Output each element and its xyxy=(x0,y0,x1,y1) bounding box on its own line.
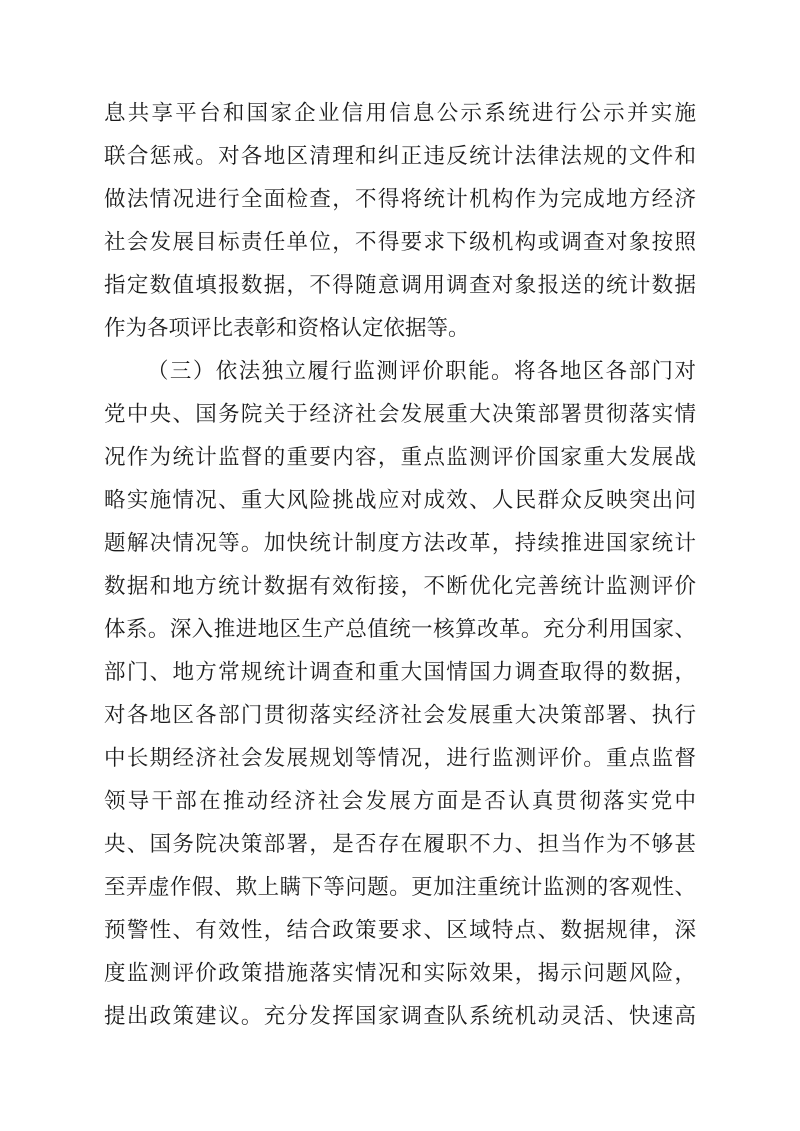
text-line: 数据和地方统计数据有效衔接，不断优化完善统计监测评价 xyxy=(104,565,696,608)
text-line: 提出政策建议。充分发挥国家调查队系统机动灵活、快速高 xyxy=(104,995,696,1038)
paragraph-continuation: 息共享平台和国家企业信用信息公示系统进行公示并实施联合惩戒。对各地区清理和纠正违… xyxy=(104,92,696,350)
text-line: 央、国务院决策部署，是否存在履职不力、担当作为不够甚 xyxy=(104,823,696,866)
text-line: 息共享平台和国家企业信用信息公示系统进行公示并实施 xyxy=(104,92,696,135)
paragraph-item-three: （三）依法独立履行监测评价职能。将各地区各部门对党中央、国务院关于经济社会发展重… xyxy=(104,350,696,1038)
text-line: 作为各项评比表彰和资格认定依据等。 xyxy=(104,307,696,350)
text-line: 度监测评价政策措施落实情况和实际效果，揭示问题风险， xyxy=(104,952,696,995)
text-line: 指定数值填报数据，不得随意调用调查对象报送的统计数据 xyxy=(104,264,696,307)
text-line: 预警性、有效性，结合政策要求、区域特点、数据规律，深 xyxy=(104,909,696,952)
text-line: 题解决情况等。加快统计制度方法改革，持续推进国家统计 xyxy=(104,522,696,565)
document-page: 息共享平台和国家企业信用信息公示系统进行公示并实施联合惩戒。对各地区清理和纠正违… xyxy=(0,0,800,1131)
document-body: 息共享平台和国家企业信用信息公示系统进行公示并实施联合惩戒。对各地区清理和纠正违… xyxy=(104,92,696,1038)
text-line: 领导干部在推动经济社会发展方面是否认真贯彻落实党中 xyxy=(104,780,696,823)
text-line: （三）依法独立履行监测评价职能。将各地区各部门对 xyxy=(104,350,696,393)
text-line: 做法情况进行全面检查，不得将统计机构作为完成地方经济 xyxy=(104,178,696,221)
text-line: 中长期经济社会发展规划等情况，进行监测评价。重点监督 xyxy=(104,737,696,780)
text-line: 略实施情况、重大风险挑战应对成效、人民群众反映突出问 xyxy=(104,479,696,522)
text-line: 况作为统计监督的重要内容，重点监测评价国家重大发展战 xyxy=(104,436,696,479)
text-line: 联合惩戒。对各地区清理和纠正违反统计法律法规的文件和 xyxy=(104,135,696,178)
text-line: 对各地区各部门贯彻落实经济社会发展重大决策部署、执行 xyxy=(104,694,696,737)
text-line: 党中央、国务院关于经济社会发展重大决策部署贯彻落实情 xyxy=(104,393,696,436)
text-line: 部门、地方常规统计调查和重大国情国力调查取得的数据， xyxy=(104,651,696,694)
text-line: 至弄虚作假、欺上瞒下等问题。更加注重统计监测的客观性、 xyxy=(104,866,696,909)
text-line: 体系。深入推进地区生产总值统一核算改革。充分利用国家、 xyxy=(104,608,696,651)
text-line: 社会发展目标责任单位，不得要求下级机构或调查对象按照 xyxy=(104,221,696,264)
